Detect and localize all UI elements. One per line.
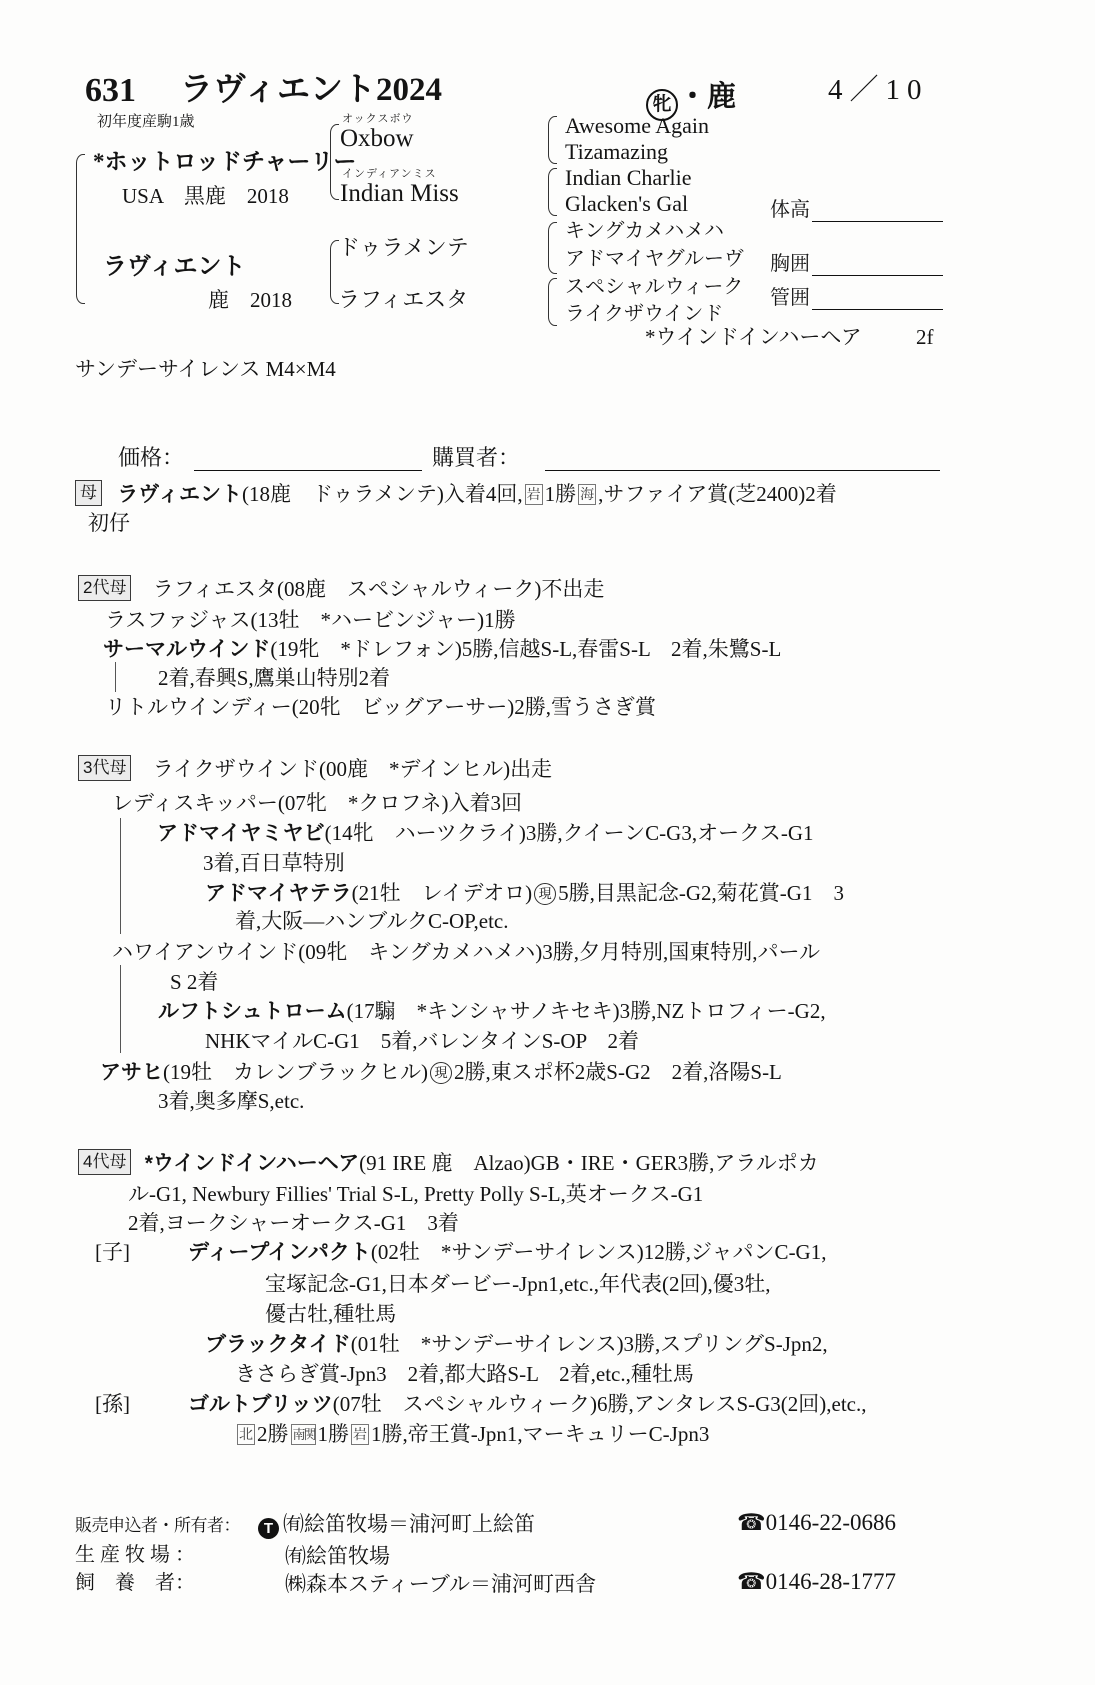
birth-date: 4／10 — [828, 72, 929, 108]
child-1-cont-2: 優古牡,種牡馬 — [265, 1301, 396, 1327]
third-dam-desc-2-parents: (21牡 レイデオロ) — [352, 881, 533, 905]
granddam-foal-2: サーマルウインド(19牝 *ドレフォン)5勝,信越S-L,春雷S-L 2着,朱鷺… — [103, 636, 781, 663]
breeder-label: 生 産 牧 場 ： — [75, 1543, 195, 1568]
region-box-iwate-2: 岩 — [351, 1424, 369, 1445]
ancestor-6: アドマイヤグルーヴ — [565, 247, 744, 272]
catalog-page: 631 ラヴィエント2024 牝・鹿 4／10 初年度産駒1歳 *ホットロッドチ… — [0, 0, 1095, 1685]
granddam-name: ラフィエスタ — [153, 577, 277, 601]
third-dam-desc-3-cont: NHKマイルC-G1 5着,バレンタインS-OP 2着 — [205, 1028, 639, 1054]
third-dam-foal-3-name: アサヒ — [100, 1061, 163, 1084]
dam-first-foal-note: 初仔 — [88, 510, 130, 536]
price-blank — [194, 446, 422, 471]
granddam-foal-2-record: (19牝 *ドレフォン)5勝,信越S-L,春雷S-L 2着,朱鷺S-L — [270, 637, 781, 661]
child-1-cont-1: 宝塚記念-G1,日本ダービー-Jpn1,etc.,年代表(2回),優3牡, — [265, 1271, 770, 1297]
granddam-foal-3: リトルウインディー(20牝 ビッグアーサー)2勝,雪うさぎ賞 — [105, 694, 656, 720]
ancestor-1: Awesome Again — [565, 112, 709, 140]
dam-name: ラヴィエント — [103, 252, 246, 282]
third-dam-desc-2-cont: 着,大阪―ハンブルクC-OP,etc. — [235, 908, 508, 934]
pedigree-bracket-gp1 — [548, 116, 557, 164]
third-dam-desc-2: アドマイヤテラ(21牡 レイデオロ)現5勝,目黒記念-G2,菊花賞-G1 3 — [205, 880, 844, 907]
pedigree-bracket-main — [76, 154, 85, 304]
current-racing-mark-2: 現 — [430, 1062, 452, 1084]
child-row-1: [子]ディープインパクト(02牡 *サンデーサイレンス)12勝,ジャパンC-G1… — [95, 1239, 826, 1266]
keeper-phone: ☎0146-28-1777 — [737, 1568, 896, 1597]
grandchild-cont-text-1: 2勝 — [257, 1422, 289, 1446]
third-dam-tag: 3代母 — [78, 755, 131, 781]
current-racing-mark: 現 — [534, 883, 556, 905]
sire-sire-name: Oxbow — [340, 123, 414, 154]
dam-record-line: 母 ラヴィエント(18鹿 ドゥラメンテ)入着4回,岩1勝海,サファイア賞(芝24… — [75, 480, 837, 508]
price-label: 価格： — [118, 444, 184, 472]
fourth-dam-cont-1: ル-G1, Newbury Fillies' Trial S-L, Pretty… — [128, 1181, 703, 1207]
region-box-minamikanto: 南関 — [291, 1424, 316, 1445]
consignor-value: T㈲絵笛牧場＝浦河町上絵笛 — [258, 1511, 535, 1539]
dam-record-text1: (18鹿 ドゥラメンテ)入着4回, — [242, 482, 523, 506]
fourth-dam-head: 4代母 *ウインドインハーヘア(91 IRE 鹿 Alzao)GB・IRE・GE… — [78, 1149, 819, 1177]
consignor-label: 販売申込者・所有者： — [75, 1515, 240, 1536]
keeper-phone-number: 0146-28-1777 — [766, 1569, 896, 1594]
grandchild-name: ゴルトブリッツ — [188, 1393, 333, 1416]
pedigree-bracket-gp2 — [548, 168, 557, 216]
measure-cannon-blank — [812, 287, 943, 310]
third-dam-foal-2: ハワイアンウインド(09牝 キングカメハメハ)3勝,夕月特別,国東特別,パール — [112, 939, 820, 965]
third-dam-desc-2-name: アドマイヤテラ — [205, 882, 352, 905]
granddam-head: 2代母 ラフィエスタ(08鹿 スペシャルウィーク)不出走 — [78, 575, 604, 602]
family-tail-female: *ウインドインハーヘア — [645, 324, 862, 350]
grandchild-row: [孫]ゴルトブリッツ(07牡 スペシャルウィーク)6勝,アンタレスS-G3(2回… — [95, 1391, 867, 1418]
lot-number: 631 — [85, 70, 136, 113]
dam-record-text2: 1勝 — [545, 482, 577, 506]
third-dam-desc-1-cont: 3着,百日草特別 — [203, 850, 345, 876]
t-mark-icon: T — [258, 1518, 279, 1539]
inbreeding-note: サンデーサイレンス M4×M4 — [75, 356, 336, 382]
sire-info: USA 黒鹿 2018 — [122, 183, 289, 209]
child-2-record: (01牡 *サンデーサイレンス)3勝,スプリングS-Jpn2, — [351, 1332, 828, 1356]
fourth-dam-cont-2: 2着,ヨークシャーオークス-G1 3着 — [128, 1210, 459, 1236]
buyer-label: 購買者： — [432, 444, 520, 472]
third-dam-desc-3-record: (17騸 *キンシャサノキセキ)3勝,NZトロフィー-G2, — [347, 999, 826, 1023]
sire-dam-name: Indian Miss — [340, 178, 459, 209]
third-dam-rest: (00鹿 *デインヒル)出走 — [319, 757, 552, 781]
consignor-phone: ☎0146-22-0686 — [737, 1509, 896, 1538]
child-2-cont: きさらぎ賞-Jpn3 2着,都大路S-L 2着,etc.,種牡馬 — [235, 1361, 694, 1387]
ancestor-7: スペシャルウィーク — [565, 275, 743, 300]
grandchild-label: [孫] — [95, 1392, 130, 1416]
ancestor-2: Tizamazing — [565, 138, 668, 166]
third-dam-desc-1-name: アドマイヤミヤビ — [157, 822, 325, 845]
third-dam-desc-1: アドマイヤミヤビ(14牝 ハーツクライ)3勝,クイーンC-G3,オークス-G1 — [157, 820, 814, 847]
first-crop-note: 初年度産駒1歳 — [97, 113, 195, 132]
ancestor-5: キングカメハメハ — [565, 219, 724, 244]
grandchild-cont: 北2勝南関1勝岩1勝,帝王賞-Jpn1,マーキュリーC-Jpn3 — [235, 1421, 709, 1447]
third-dam-desc-2-record: 5勝,目黒記念-G2,菊花賞-G1 3 — [558, 881, 844, 905]
third-dam-desc-3: ルフトシュトローム(17騸 *キンシャサノキセキ)3勝,NZトロフィー-G2, — [158, 998, 826, 1025]
phone-icon: ☎ — [737, 1510, 766, 1535]
third-dam-desc-3-name: ルフトシュトローム — [158, 1000, 347, 1023]
buyer-blank — [545, 446, 940, 471]
third-dam-head: 3代母 ライクザウインド(00鹿 *デインヒル)出走 — [78, 755, 552, 782]
grandchild-record: (07牡 スペシャルウィーク)6勝,アンタレスS-G3(2回),etc., — [333, 1392, 867, 1416]
measure-height-blank — [812, 199, 943, 222]
sire-name: *ホットロッドチャーリー — [93, 148, 356, 177]
phone-icon-2: ☎ — [737, 1569, 766, 1594]
measure-height-label: 体高 — [770, 198, 810, 223]
granddam-foal-2-cont: 2着,春興S,鷹巣山特別2着 — [158, 665, 390, 691]
dam-dam-name: ラフィエスタ — [338, 286, 468, 314]
third-dam-foal-3-record: 2勝,東スポ杯2歳S-G2 2着,洛陽S-L — [454, 1060, 782, 1084]
dam-record-name: ラヴィエント — [117, 483, 242, 506]
region-box-iwate: 岩 — [525, 484, 543, 505]
fourth-dam-name: *ウインドインハーヘア — [145, 1152, 359, 1175]
dam-tag: 母 — [75, 480, 102, 506]
fourth-dam-rest: (91 IRE 鹿 Alzao)GB・IRE・GER3勝,アラルポカ — [359, 1151, 819, 1175]
child-1-record: (02牡 *サンデーサイレンス)12勝,ジャパンC-G1, — [371, 1240, 827, 1264]
tree-bar-3 — [120, 965, 121, 1053]
coat-color: ・鹿 — [678, 81, 736, 113]
dam-sire-name: ドゥラメンテ — [338, 234, 469, 262]
child-2-name: ブラックタイド — [205, 1333, 351, 1356]
granddam-rest: (08鹿 スペシャルウィーク)不出走 — [277, 577, 604, 601]
third-dam-foal-3-cont: 3着,奥多摩S,etc. — [158, 1088, 304, 1114]
third-dam-foal-2-cont: S 2着 — [170, 969, 218, 995]
child-1-name: ディープインパクト — [188, 1241, 371, 1264]
third-dam-desc-1-record: (14牝 ハーツクライ)3勝,クイーンC-G3,オークス-G1 — [325, 821, 814, 845]
region-box-overseas: 海 — [578, 484, 596, 505]
child-row-2: ブラックタイド(01牡 *サンデーサイレンス)3勝,スプリングS-Jpn2, — [205, 1331, 828, 1358]
grandchild-cont-text-3: 1勝,帝王賞-Jpn1,マーキュリーC-Jpn3 — [371, 1422, 709, 1446]
horse-name-title: ラヴィエント2024 — [180, 70, 442, 111]
fourth-dam-tag: 4代母 — [78, 1149, 131, 1175]
measure-girth-blank — [812, 253, 943, 276]
third-dam-foal-3-parents: (19牡 カレンブラックヒル) — [163, 1060, 428, 1084]
breeder-value: ㈲絵笛牧場 — [285, 1543, 390, 1569]
child-label: [子] — [95, 1240, 130, 1264]
third-dam-foal-3: アサヒ(19牡 カレンブラックヒル)現2勝,東スポ杯2歳S-G2 2着,洛陽S-… — [100, 1059, 782, 1086]
third-dam-name: ライクザウインド — [153, 757, 319, 781]
keeper-value: ㈱森本スティーブル＝浦河町西舎 — [285, 1571, 596, 1597]
third-dam-foal-1: レディスキッパー(07牝 *クロフネ)入着3回 — [112, 790, 522, 816]
granddam-foal-2-name: サーマルウインド — [103, 638, 270, 661]
consignor-phone-number: 0146-22-0686 — [766, 1510, 896, 1535]
ancestor-3: Indian Charlie — [565, 164, 691, 192]
region-box-hokkaido: 北 — [237, 1424, 255, 1445]
grandchild-cont-text-2: 1勝 — [318, 1422, 350, 1446]
dam-info: 鹿 2018 — [208, 287, 292, 313]
consignor-name: ㈲絵笛牧場＝浦河町上絵笛 — [283, 1512, 535, 1536]
pedigree-bracket-gp3 — [548, 222, 557, 274]
tree-bar-2 — [120, 818, 121, 934]
dam-record-text3: ,サファイア賞(芝2400)2着 — [598, 482, 837, 506]
tree-bar-1 — [115, 662, 116, 692]
granddam-tag: 2代母 — [78, 575, 131, 601]
granddam-foal-1: ラスファジャス(13牡 *ハービンジャー)1勝 — [105, 607, 516, 633]
keeper-label: 飼 養 者： — [75, 1571, 195, 1596]
measure-cannon-label: 管囲 — [770, 286, 810, 311]
measure-girth-label: 胸囲 — [770, 252, 810, 277]
pedigree-bracket-gp4 — [548, 278, 557, 326]
family-number: 2f — [916, 324, 934, 350]
ancestor-4: Glacken's Gal — [565, 190, 688, 218]
